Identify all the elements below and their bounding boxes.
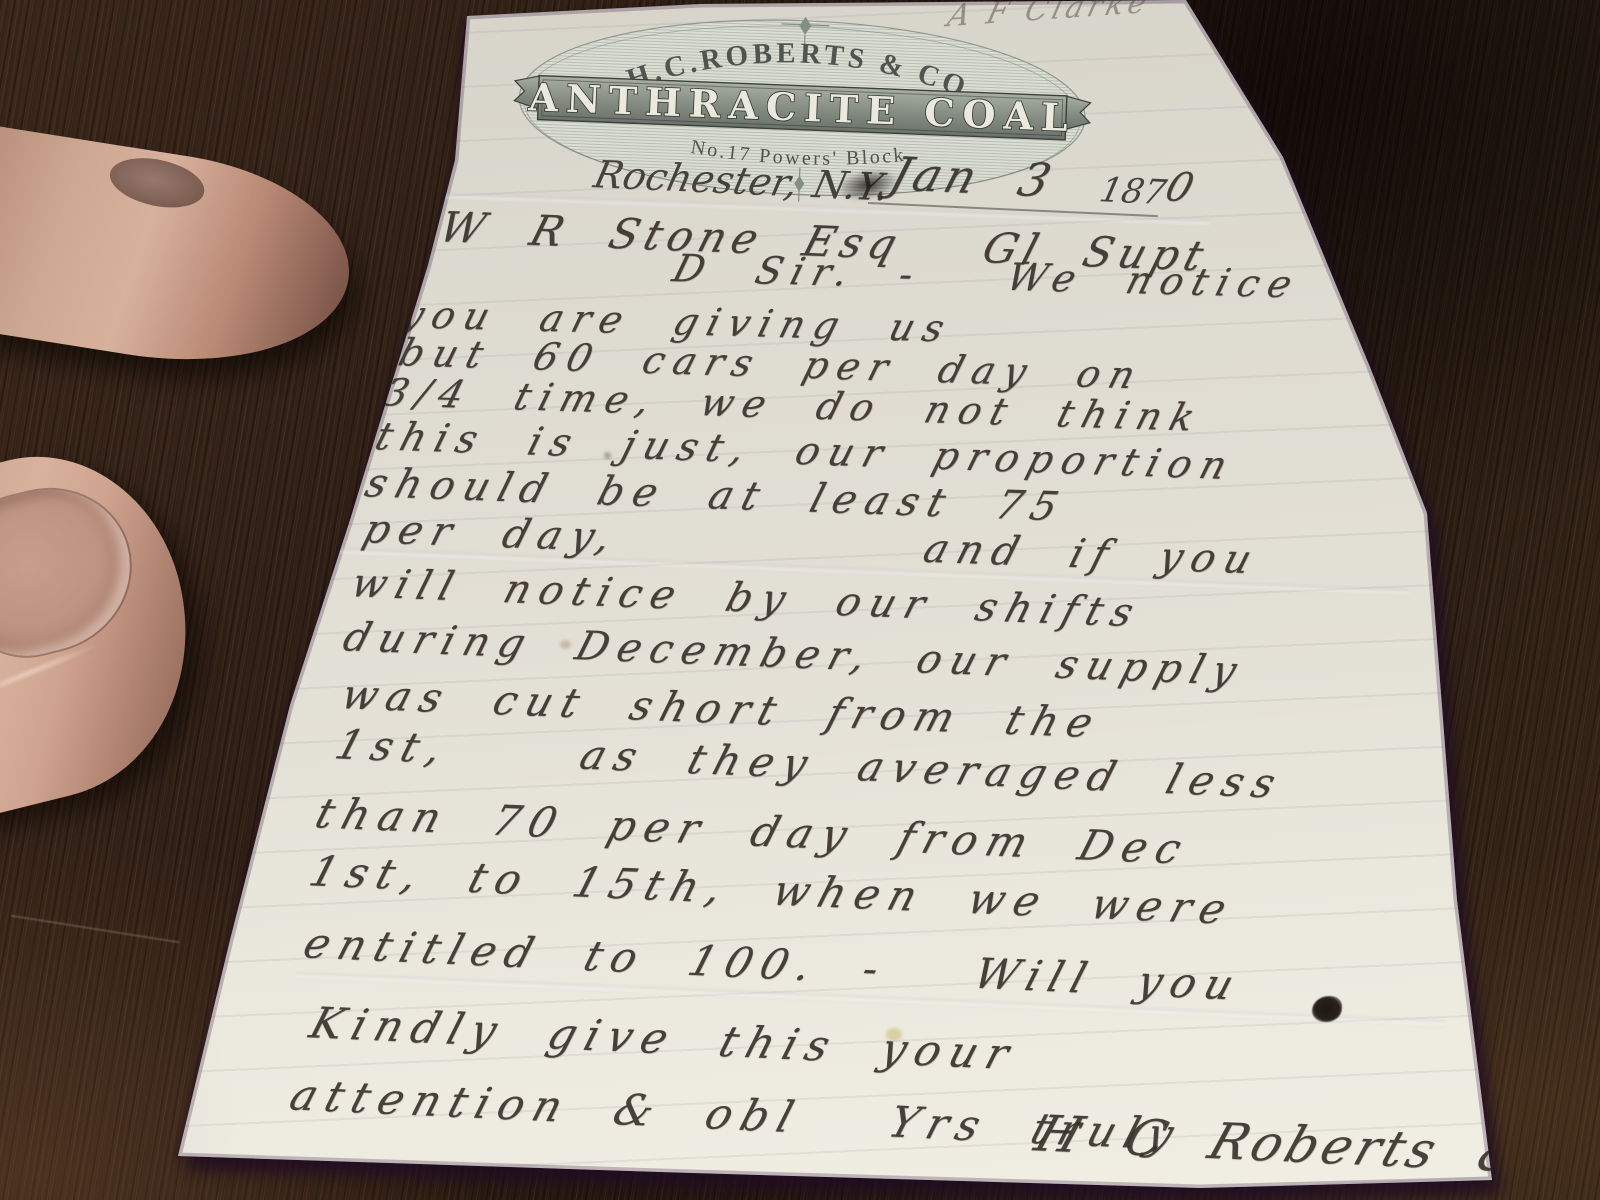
handwritten-date: Jan 3: [884, 147, 1061, 208]
paper-speck: [604, 452, 611, 459]
photo-of-letter: { "letterhead": { "pencil_inscription": …: [0, 0, 1600, 1200]
paper-stain: [886, 1028, 902, 1041]
dateline-year-printed: 187: [1096, 170, 1170, 213]
letter-paper: H.C.ROBERTS & CO. ANTHRACITE COAL No.17 …: [0, 0, 1600, 1200]
letter-paper-wrap: H.C.ROBERTS & CO. ANTHRACITE COAL No.17 …: [0, 0, 1600, 1200]
paper-stain: [560, 640, 571, 649]
